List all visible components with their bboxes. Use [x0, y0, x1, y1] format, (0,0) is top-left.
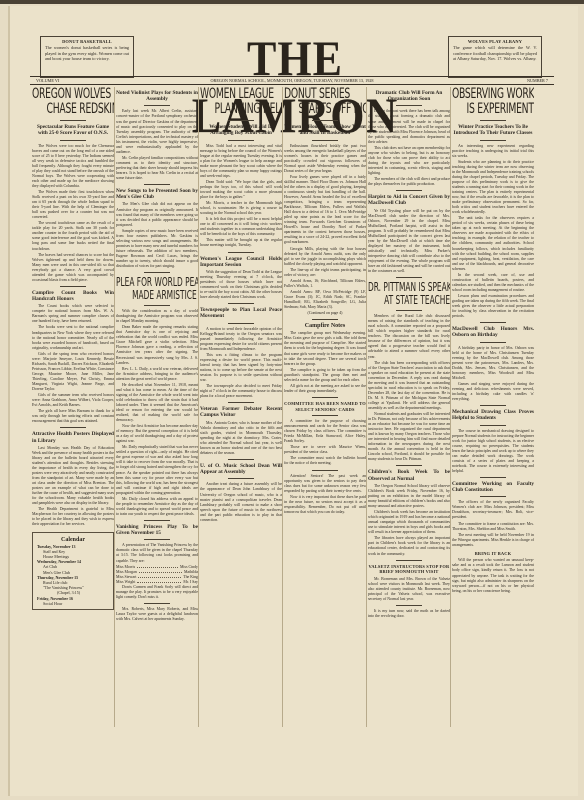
article-paragraph: The braves had several chances to score … — [32, 253, 114, 283]
article-paragraph: Mrs. Antonia Crater, who is house mother… — [200, 421, 282, 456]
article-paragraph: Will the person who wanted an unusual ke… — [452, 558, 534, 593]
article-paragraph: Georgia Mills, playing with the four hou… — [284, 247, 366, 267]
right-ear-text: The game which will determine the W. V. … — [453, 45, 537, 61]
article-paragraph: The officers of the newly organized Facu… — [452, 500, 534, 520]
article-paragraph: The course in mechanical drawing designe… — [452, 429, 534, 474]
article-paragraph: The Health Department is grateful to Mis… — [32, 507, 114, 527]
article-paragraph: Enthusiasm flourished briskly the past t… — [284, 144, 366, 174]
article-paragraph: This was a fitting climax to the program… — [200, 353, 282, 383]
article-paragraph: Miss Todd had a most interesting and vit… — [200, 144, 282, 179]
column-3: WOMEN LEAGUEPLANNING HELP Women Students… — [200, 87, 282, 524]
headline-donut-series: DONUT SERIESSTARTS OFF BIG — [284, 87, 338, 117]
headline-health-posters: Attractive Health Posters Displayed in L… — [32, 431, 114, 443]
right-ear-box: WOLVES PLAY ALBANY The game which will d… — [448, 36, 542, 78]
article-paragraph: This club does not have an open membersh… — [368, 146, 450, 176]
article-paragraph: All girls not at the meeting are asked t… — [284, 384, 366, 394]
article-paragraph: Dorris Carmen and Frank Sorly will direc… — [116, 585, 198, 600]
article-paragraph: The Wolves made their first touchdown wh… — [32, 190, 114, 220]
article-paragraph: The members of the club will direct and … — [368, 177, 450, 187]
headline-harpist: Harpist to Aid in Concert Given by MacDo… — [368, 194, 450, 206]
article-paragraph: Mrs. Roberts, Miss Mary Roberts, and Mis… — [116, 607, 198, 622]
deck-women-league: Women Students Will Aid In Arranging Boy… — [200, 124, 282, 137]
article-paragraph: An interesting new experiment regarding … — [452, 144, 534, 159]
calendar-box: Calendar Tuesday, November 13 Staff and … — [32, 532, 114, 610]
issue-number: NUMBER 7 — [527, 77, 548, 84]
headline-book-week: Children's Book Week To be Observed at N… — [368, 469, 450, 481]
article-paragraph: Four lively games were played off in a f… — [284, 175, 366, 246]
article-paragraph: A motion to send their favorable opinion… — [200, 327, 282, 352]
deck-donut-series: Women of House Teams Show Talent and Ski… — [284, 124, 366, 137]
scan-top-edge — [0, 0, 584, 4]
article-paragraph: The committee to frame a constitution ar… — [452, 522, 534, 532]
article-paragraph: The Oregon Normal School library will ob… — [368, 484, 450, 509]
column-4: DONUT SERIESSTARTS OFF BIG Women of Hous… — [284, 87, 366, 516]
column-rule — [114, 87, 115, 727]
article-paragraph: Early last week Mr. Albert Crelin, assis… — [116, 109, 198, 154]
headline-oregon-wolves: OREGON WOLVESCHASE REDSKINS — [32, 87, 86, 117]
article-paragraph: The line-up of the eight teams participa… — [284, 268, 366, 278]
headline-vanishing-princess: Vanishing Princess Play To be Given Nove… — [116, 524, 198, 536]
article-paragraph: Ye Old Trysting place will be put on by … — [368, 209, 450, 275]
article-paragraph: Mr. Crelin played familiar compositions … — [116, 156, 198, 181]
column-1: OREGON WOLVESCHASE REDSKINS Spectacular … — [32, 87, 114, 610]
article-paragraph: Those are to serve with Maurice Wiens, p… — [284, 445, 366, 455]
article-paragraph: The next meeting will be held November 1… — [452, 533, 534, 548]
column-5: Dramatic Club Will Form An Organization … — [368, 87, 450, 620]
column-6: OBSERVING WORKIS EXPERIMENT Winter Pract… — [452, 87, 534, 595]
article-paragraph: Games and singing were enjoyed during th… — [452, 382, 534, 402]
article-paragraph: Children's book week has become an insti… — [368, 510, 450, 535]
article-paragraph: The Wolves were too much for the Chemawa… — [32, 144, 114, 189]
headline-veteran-debater: Veteran Former Debater Recent Campus Vis… — [200, 406, 282, 418]
dateline-bar: VOLUME VI OREGON NORMAL SCHOOL, MONMOUTH… — [30, 76, 554, 85]
headline-faculty-club: Committee Working on Faculty Club Consti… — [452, 481, 534, 493]
article-paragraph: Mr. Morris, a teacher in the Monmouth hi… — [200, 201, 282, 216]
article-paragraph: Students who are planning to do their pr… — [452, 160, 534, 216]
headline-townspeople: Townspeople to Plan Local Peace Movement — [200, 307, 282, 319]
article-paragraph: The Men's Glee club did not appear on th… — [116, 202, 198, 227]
article-paragraph: Dean Todd said: "We hope that the girls,… — [200, 180, 282, 200]
article-paragraph: Another treat during a future assembly w… — [200, 482, 282, 522]
left-ear-title: DONUT BASKETBALL — [45, 39, 129, 44]
article-paragraph: The club has been corresponding with off… — [368, 361, 450, 411]
calendar-title: Calendar — [37, 536, 109, 544]
article-paragraph: Rev. L. L. Daily, a world war veteran, d… — [116, 367, 198, 382]
article-paragraph: During the past week there has been talk… — [368, 109, 450, 144]
article-paragraph: A birthday party in honor of Mrs. Osborn… — [452, 346, 534, 381]
article-paragraph: Normal students and graduates will be in… — [368, 412, 450, 462]
article-paragraph: He described what November 11, 1918, mea… — [116, 383, 198, 423]
headline-observing-work: OBSERVING WORKIS EXPERIMENT — [452, 87, 506, 117]
headline-macdowell-birthday: MacDowell Club Honors Mrs. Osborn on Bir… — [452, 326, 534, 338]
headline-campfire-notes: Campfire Notes — [284, 323, 366, 329]
article-paragraph: Mr. Daily closed his address with an app… — [116, 497, 198, 517]
article-paragraph: Last Monday was Health Day of Education … — [32, 446, 114, 507]
headline-dr-pittman: DR. PITTMAN IS SPEAKERAT STATE TEACHERS … — [368, 281, 419, 307]
headline-world-peace: PLEA FOR WORLD PEACEMADE ARMISTICE DAY — [116, 276, 167, 302]
headline-violinist: Noted Violinist Plays for Students in As… — [116, 90, 198, 102]
headline-glee-club: New Songs to be Presented Soon by Men's … — [116, 188, 198, 200]
calendar-event: Social Hour — [37, 601, 109, 606]
article-paragraph: Sample copies of new music have been rec… — [116, 229, 198, 269]
deck-observing-work: Winter Practice Teachers To Be Introduce… — [452, 124, 534, 137]
article-paragraph: With the consideration as a day of world… — [116, 309, 198, 324]
article-paragraph: The second touchdown came as the result … — [32, 221, 114, 251]
headline-dramatic-club: Dramatic Club Will Form An Organization … — [368, 90, 450, 102]
deck-wolves: Spectacular Runs Feature Game with 25-0 … — [32, 124, 114, 137]
headline-mechanical-drawing: Mechanical Drawing Class Proves Helpful … — [452, 409, 534, 421]
headline-valsetz: VALSETZ INSTRUCTORS STOP FOR BRIEF MONMO… — [368, 564, 450, 575]
article-paragraph: Girls of the summer term who received ho… — [32, 393, 114, 408]
continued-note: (Continued on page 4) — [284, 311, 366, 316]
article-paragraph: With the suggestion of Dean Todd at the … — [200, 270, 282, 300]
column-rule — [366, 87, 367, 727]
article-paragraph: Arnold Arms: RF, Orva McFetridge (9) LF,… — [284, 290, 366, 310]
article-paragraph: The townspeople also decided to meet Fri… — [200, 384, 282, 399]
headline-campfire-books: Campfire Count Books Win Handcraft Honor… — [32, 290, 114, 302]
article-paragraph: The committee must watch the bulletin bo… — [284, 456, 366, 466]
left-ear-box: DONUT BASKETBALL The women's donut baske… — [40, 36, 134, 78]
article-paragraph: The campfire group met Wednesday evening… — [284, 331, 366, 366]
article-paragraph: Dean Baker made the opening remarks stat… — [116, 325, 198, 365]
article-paragraph: In the second week, care of, use and con… — [452, 273, 534, 293]
dateline-text: OREGON NORMAL SCHOOL, MONMOUTH, OREGON, … — [30, 77, 554, 84]
article-paragraph: Arnold Arms, 16; Birchhead, Tillicum Ehl… — [284, 279, 366, 289]
headline-league-council: Women's League Council Holds Important S… — [200, 256, 282, 268]
article-paragraph: Now it is very important that these dues… — [284, 495, 366, 515]
article-paragraph: The Count books which were selected to c… — [32, 304, 114, 324]
article-paragraph: The unit tasks for the observers require… — [452, 216, 534, 272]
article-paragraph: The girls all have Miss Barnum to thank … — [32, 409, 114, 424]
article-paragraph: Attention! Seniors! The past week an opp… — [284, 474, 366, 494]
column-rule — [450, 87, 451, 727]
article-paragraph: Mr. Borneman and Mrs. Brown of the Valse… — [368, 577, 450, 602]
article-paragraph: The books were sent to the national camp… — [32, 325, 114, 350]
right-ear-title: WOLVES PLAY ALBANY — [453, 39, 537, 44]
article-paragraph: It is felt that this project will be a m… — [200, 217, 282, 237]
article-paragraph: A presentation of The Vanishing Princess… — [116, 543, 198, 563]
article-paragraph: Lesson plans and examination procedures … — [452, 294, 534, 319]
left-ear-text: The women's donut basketball series is b… — [45, 45, 129, 61]
article-paragraph: The campfire is going to be taken up fro… — [284, 368, 366, 383]
article-paragraph: Members of the Rural Life club discussed… — [368, 314, 450, 359]
article-paragraph: It is my turn now, said the moth as he d… — [368, 609, 450, 619]
headline-women-league: WOMEN LEAGUEPLANNING HELP — [200, 87, 254, 117]
article-paragraph: This matter will be brought up at the re… — [200, 238, 282, 248]
column-rule — [198, 87, 199, 727]
headline-bring-it-back: BRING IT BACK — [452, 551, 534, 557]
headline-music-dean: U. of O. Music School Dean Will Appear a… — [200, 463, 282, 475]
article-paragraph: Mr. Daily emphatically stated that war h… — [116, 445, 198, 495]
column-2: Noted Violinist Plays for Students in As… — [116, 87, 198, 623]
article-paragraph: Girls of the spring term who received ho… — [32, 352, 114, 392]
article-paragraph: The libraries have always played an impo… — [368, 536, 450, 556]
column-rule — [282, 87, 283, 727]
article-paragraph: Now the first Armistice has become anoth… — [116, 424, 198, 444]
article-paragraph: A committee for the purpose of choosing … — [284, 419, 366, 444]
headline-senior-cards: COMMITTEE HAS BEEN NAMED TO SELECT SENIO… — [284, 401, 366, 412]
